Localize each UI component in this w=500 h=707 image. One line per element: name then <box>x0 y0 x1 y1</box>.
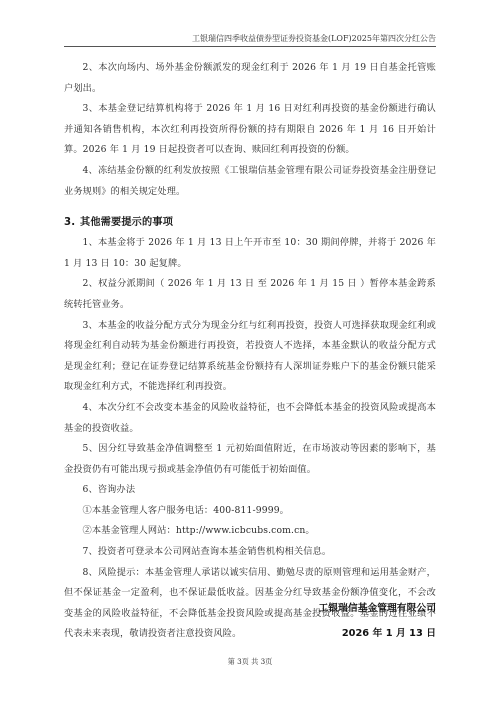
paragraph-consultation: 6、咨询办法 <box>64 480 436 501</box>
page-footer: 第 3页 共 3页 <box>0 657 500 667</box>
paragraph-risk-characteristics: 4、本次分红不会改变本基金的风险收益特征，也不会降低本基金的投资风险或提高本基金… <box>64 398 436 439</box>
signature-date: 2026 年 1 月 13 日 <box>342 625 436 639</box>
paragraph-payout-date: 2、本次向场内、场外基金份额派发的现金红利于 2026 年 1 月 19 日自基… <box>64 58 436 99</box>
page-header: 工银瑞信四季收益债券型证券投资基金(LOF)2025年第四次分红公告 <box>64 33 436 47</box>
paragraph-distribution-method: 3、本基金的收益分配方式分为现金分红与红利再投资，投资人可选择获取现金红利或将现… <box>64 316 436 398</box>
paragraph-nav-adjustment: 5、因分红导致基金净值调整至 1 元初始面值附近，在市场波动等因素的影响下，基金… <box>64 439 436 480</box>
section-number: 3. <box>64 212 80 233</box>
paragraph-transfer-suspension: 2、权益分派期间（ 2026 年 1 月 13 日 至 2026 年 1 月 1… <box>64 274 436 315</box>
paragraph-service-phone: ①本基金管理人客户服务电话：400-811-9999。 <box>64 501 436 522</box>
paragraph-website: ②本基金管理人网站：http://www.icbcubs.com.cn。 <box>64 521 436 542</box>
paragraph-sales-info: 7、投资者可登录本公司网站查询本基金销售机构相关信息。 <box>64 542 436 563</box>
header-title: 工银瑞信四季收益债券型证券投资基金(LOF)2025年第四次分红公告 <box>192 34 436 43</box>
section-heading: 3.其他需要提示的事项 <box>64 212 436 233</box>
paragraph-frozen-shares: 4、冻结基金份额的红利发放按照《工银瑞信基金管理有限公司证券投资基金注册登记业务… <box>64 161 436 202</box>
document-body: 2、本次向场内、场外基金份额派发的现金红利于 2026 年 1 月 19 日自基… <box>64 58 436 645</box>
paragraph-trading-suspension: 1、本基金将于 2026 年 1 月 13 日上午开市至 10：30 期间停牌，… <box>64 233 436 274</box>
paragraph-reinvestment-confirmation: 3、本基金登记结算机构将于 2026 年 1 月 16 日对红利再投资的基金份额… <box>64 99 436 161</box>
signature-company: 工银瑞信基金管理有限公司 <box>318 600 436 614</box>
section-title: 其他需要提示的事项 <box>80 217 173 228</box>
